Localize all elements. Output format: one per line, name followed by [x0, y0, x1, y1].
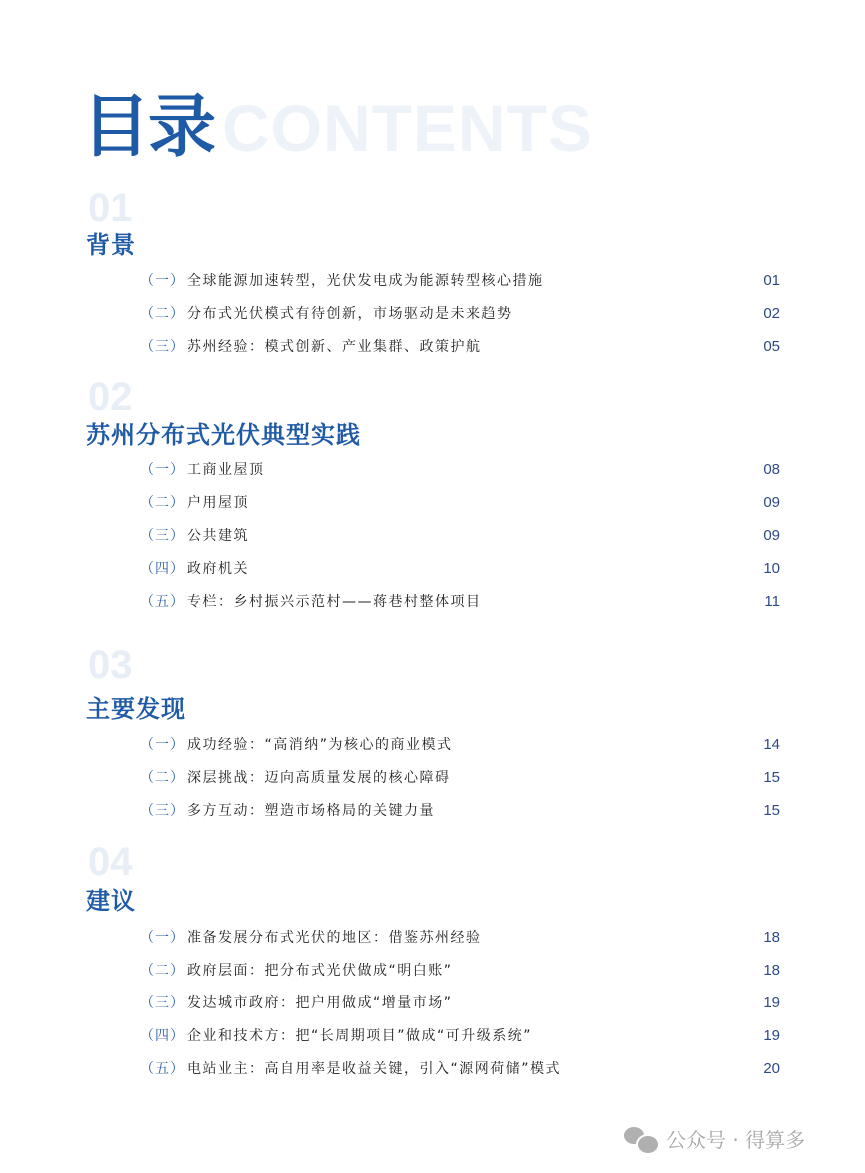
toc-entry[interactable]: （三） 苏州经验：模式创新、产业集群、政策护航 05: [140, 335, 780, 357]
entry-index: （五）: [140, 1058, 185, 1078]
entry-text: 公共建筑: [187, 525, 249, 545]
entry-index: （一）: [140, 734, 185, 754]
entry-text: 准备发展分布式光伏的地区：借鉴苏州经验: [187, 927, 482, 947]
entry-text: 发达城市政府：把户用做成“增量市场”: [187, 992, 453, 1012]
section-title: 主要发现: [86, 697, 186, 721]
entry-text: 政府机关: [187, 558, 249, 578]
toc-entry[interactable]: （一） 工商业屋顶 08: [140, 458, 780, 480]
entry-page: 10: [763, 560, 780, 577]
section-title: 建议: [86, 889, 136, 913]
toc-entry[interactable]: （五） 电站业主：高自用率是收益关键，引入“源网荷储”模式 20: [140, 1057, 780, 1079]
entry-index: （二）: [140, 492, 185, 512]
entry-text: 电站业主：高自用率是收益关键，引入“源网荷储”模式: [187, 1058, 561, 1078]
section-title: 苏州分布式光伏典型实践: [86, 423, 361, 447]
entry-page: 19: [763, 1027, 780, 1044]
toc-entry[interactable]: （三） 公共建筑 09: [140, 524, 780, 546]
entry-text: 多方互动：塑造市场格局的关键力量: [187, 800, 435, 820]
entry-page: 11: [764, 593, 780, 610]
entry-page: 18: [763, 962, 780, 979]
entry-text: 成功经验：“高消纳”为核心的商业模式: [187, 734, 453, 754]
section-number: 02: [88, 377, 133, 417]
section-title: 背景: [86, 233, 136, 257]
watermark-footer: 公众号 · 得算多: [622, 1124, 805, 1153]
entry-page: 08: [763, 461, 780, 478]
entry-text: 深层挑战：迈向高质量发展的核心障碍: [187, 767, 451, 787]
entry-text: 全球能源加速转型，光伏发电成为能源转型核心措施: [187, 270, 544, 290]
toc-entry[interactable]: （二） 深层挑战：迈向高质量发展的核心障碍 15: [140, 766, 780, 788]
entry-page: 19: [763, 994, 780, 1011]
entry-page: 02: [763, 305, 780, 322]
entry-index: （三）: [140, 992, 185, 1012]
footer-text: 公众号 · 得算多: [666, 1124, 805, 1153]
title-chinese: 目录: [82, 94, 214, 162]
entry-page: 05: [763, 338, 780, 355]
entry-page: 09: [763, 527, 780, 544]
entry-index: （五）: [140, 591, 185, 611]
toc-entry[interactable]: （四） 企业和技术方：把“长周期项目”做成“可升级系统” 19: [140, 1024, 780, 1046]
entry-text: 专栏：乡村振兴示范村——蒋巷村整体项目: [187, 591, 482, 611]
entry-page: 09: [763, 494, 780, 511]
toc-entry[interactable]: （三） 多方互动：塑造市场格局的关键力量 15: [140, 799, 780, 821]
toc-entry[interactable]: （二） 分布式光伏模式有待创新，市场驱动是未来趋势 02: [140, 302, 780, 324]
entry-index: （一）: [140, 270, 185, 290]
entry-text: 企业和技术方：把“长周期项目”做成“可升级系统”: [187, 1025, 532, 1045]
toc-entry[interactable]: （一） 成功经验：“高消纳”为核心的商业模式 14: [140, 733, 780, 755]
entry-text: 苏州经验：模式创新、产业集群、政策护航: [187, 336, 482, 356]
entry-page: 15: [763, 769, 780, 786]
entry-page: 20: [763, 1060, 780, 1077]
section-number: 01: [88, 188, 133, 228]
title-english-watermark: CONTENTS: [222, 95, 593, 161]
toc-entry[interactable]: （三） 发达城市政府：把户用做成“增量市场” 19: [140, 991, 780, 1013]
entry-index: （一）: [140, 459, 185, 479]
toc-entry[interactable]: （五） 专栏：乡村振兴示范村——蒋巷村整体项目 11: [140, 590, 780, 612]
entry-index: （三）: [140, 525, 185, 545]
entry-text: 工商业屋顶: [187, 459, 265, 479]
entry-text: 户用屋顶: [187, 492, 249, 512]
entry-index: （二）: [140, 960, 185, 980]
page-title: 目录 CONTENTS: [82, 88, 593, 168]
entry-index: （二）: [140, 767, 185, 787]
wechat-icon: [622, 1125, 660, 1153]
toc-entry[interactable]: （二） 户用屋顶 09: [140, 491, 780, 513]
entry-index: （三）: [140, 800, 185, 820]
toc-entry[interactable]: （一） 准备发展分布式光伏的地区：借鉴苏州经验 18: [140, 926, 780, 948]
entry-page: 01: [763, 272, 780, 289]
toc-entry[interactable]: （二） 政府层面：把分布式光伏做成“明白账” 18: [140, 959, 780, 981]
entry-index: （四）: [140, 558, 185, 578]
entry-text: 分布式光伏模式有待创新，市场驱动是未来趋势: [187, 303, 513, 323]
entry-index: （四）: [140, 1025, 185, 1045]
entry-page: 15: [763, 802, 780, 819]
entry-index: （三）: [140, 336, 185, 356]
section-number: 03: [88, 645, 133, 685]
section-number: 04: [88, 842, 133, 882]
entry-index: （二）: [140, 303, 185, 323]
entry-index: （一）: [140, 927, 185, 947]
entry-text: 政府层面：把分布式光伏做成“明白账”: [187, 960, 453, 980]
toc-entry[interactable]: （一） 全球能源加速转型，光伏发电成为能源转型核心措施 01: [140, 269, 780, 291]
entry-page: 14: [763, 736, 780, 753]
toc-entry[interactable]: （四） 政府机关 10: [140, 557, 780, 579]
entry-page: 18: [763, 929, 780, 946]
